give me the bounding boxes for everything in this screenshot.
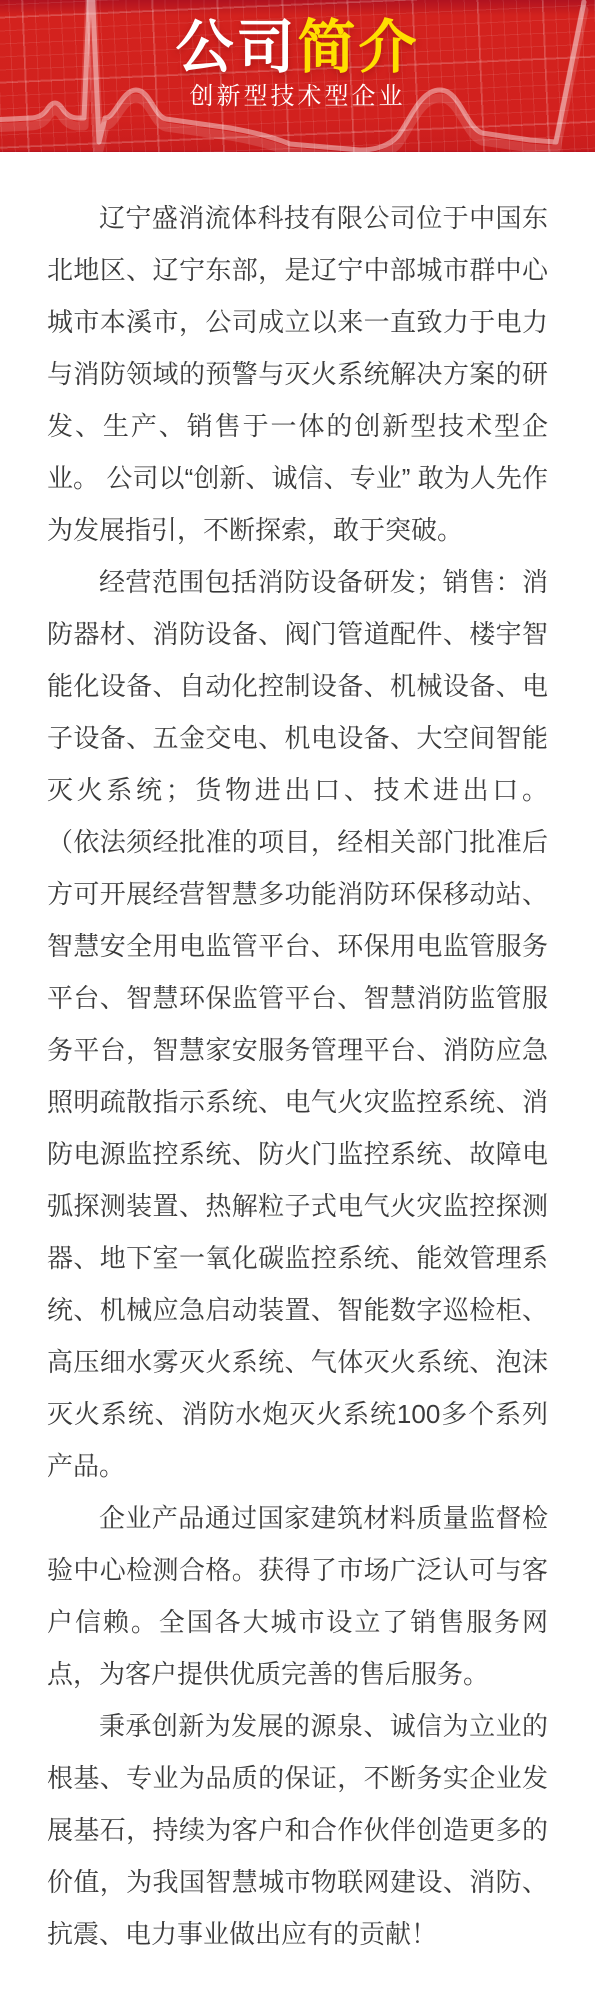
header-banner: 公司简介 创新型技术型企业	[0, 0, 595, 152]
banner-text-block: 公司简介 创新型技术型企业	[0, 0, 595, 111]
page-subtitle: 创新型技术型企业	[0, 83, 595, 111]
company-intro-paragraph-3: 企业产品通过国家建筑材料质量监督检验中心检测合格。获得了市场广泛认可与客户信赖。…	[47, 1492, 548, 1700]
page-title: 公司简介	[0, 0, 595, 79]
company-intro-paragraph-1: 辽宁盛消流体科技有限公司位于中国东北地区、辽宁东部，是辽宁中部城市群中心城市本溪…	[47, 192, 548, 556]
page-title-yellow-part: 简介	[298, 15, 420, 80]
page-title-white-part: 公司	[175, 15, 297, 80]
company-intro-paragraph-4: 秉承创新为发展的源泉、诚信为立业的根基、专业为品质的保证，不断务实企业发展基石，…	[47, 1700, 548, 1960]
company-profile-content: 辽宁盛消流体科技有限公司位于中国东北地区、辽宁东部，是辽宁中部城市群中心城市本溪…	[0, 152, 595, 2006]
company-intro-page: 公司简介 创新型技术型企业 辽宁盛消流体科技有限公司位于中国东北地区、辽宁东部，…	[0, 0, 595, 2006]
company-intro-paragraph-2: 经营范围包括消防设备研发；销售：消防器材、消防设备、阀门管道配件、楼宇智能化设备…	[47, 556, 548, 1492]
